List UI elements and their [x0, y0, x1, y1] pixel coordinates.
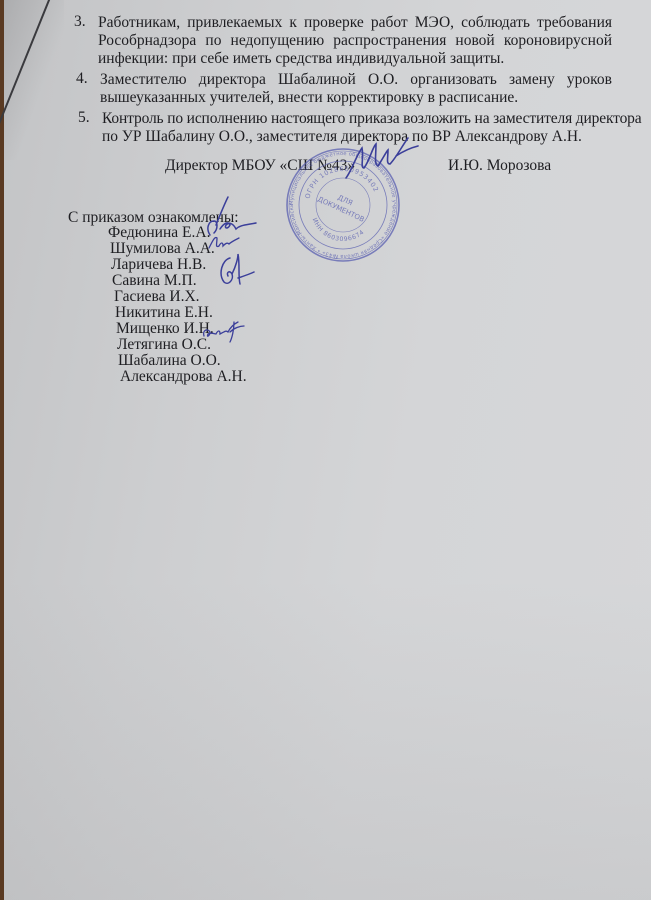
ack-name-6: Никитина Е.Н.: [115, 304, 213, 321]
item-4-line-2: вышеуказанных учителей, внести корректир…: [100, 89, 518, 106]
item-3-number: 3.: [74, 13, 86, 31]
item-3-line-3: инфекции: при себе иметь средства индиви…: [98, 50, 504, 67]
ack-name-4: Савина М.П.: [112, 272, 197, 289]
ack-name-3: Ларичева Н.В.: [111, 256, 206, 273]
page-fold-shadow: [4, 0, 64, 160]
signature-savina: [216, 250, 256, 290]
ack-name-8: Летягина О.С.: [117, 336, 211, 353]
document-page: 3. Работникам, привлекаемых к проверке р…: [4, 0, 651, 900]
item-4-line-1: Заместителю директора Шабалиной О.О. орг…: [100, 71, 612, 88]
item-3-line-2: Рособрнадзора по недопущению распростран…: [98, 32, 612, 49]
director-signature: [342, 134, 422, 184]
ack-name-9: Шабалина О.О.: [118, 352, 221, 369]
director-name: И.Ю. Морозова: [448, 157, 551, 174]
signature-letyagina: [200, 318, 246, 344]
signature-fedyunina: [202, 195, 258, 239]
item-3-line-1: Работникам, привлекаемых к проверке рабо…: [98, 14, 612, 31]
item-5-number: 5.: [78, 109, 90, 127]
ack-name-5: Гасиева И.Х.: [114, 288, 200, 305]
ack-name-10: Александрова А.Н.: [120, 368, 247, 385]
ack-name-1: Федюнина Е.А.: [108, 224, 210, 241]
ack-name-2: Шумилова А.А.: [110, 240, 215, 257]
item-4-number: 4.: [76, 70, 88, 88]
item-5-line-1: Контроль по исполнению настоящего приказ…: [102, 110, 642, 127]
